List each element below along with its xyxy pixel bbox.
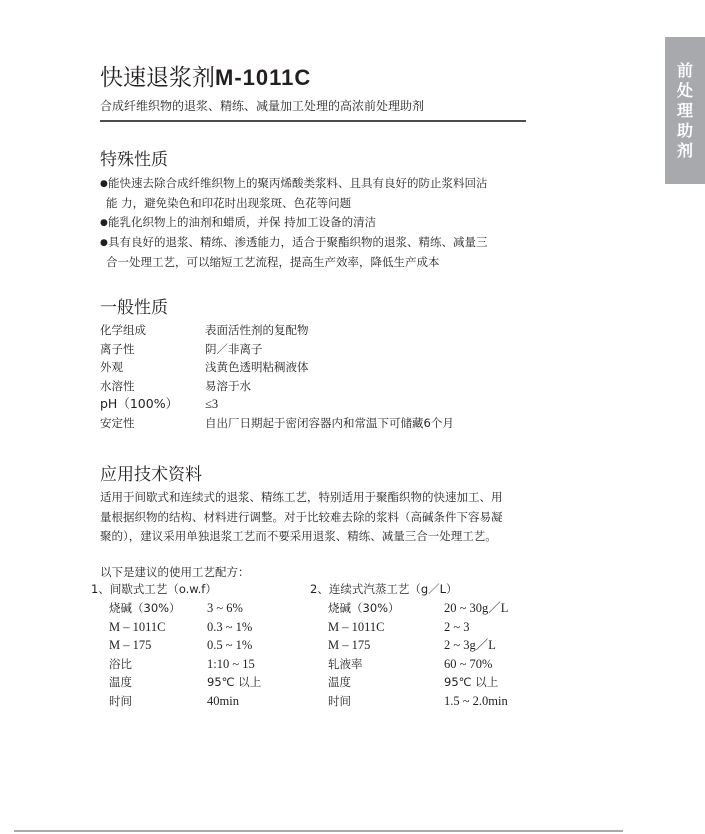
recipe-key: 温度 (328, 673, 444, 692)
feature-item: ●能快速去除合成纤维织物上的聚丙烯酸类浆料、且具有良好的防止浆料回沾 能 力，避… (100, 174, 488, 213)
property-key: 离子性 (100, 340, 205, 359)
recipe-row: 温度 95℃ 以上 (91, 673, 261, 692)
footer-divider (14, 830, 623, 832)
recipe-row: M – 1011C 0.3 ~ 1% (91, 618, 261, 637)
property-value: ≤3 (205, 395, 218, 414)
recipe-heading: 2、连续式汽蒸工艺（g／L） (310, 580, 508, 599)
feature-text: 能快速去除合成纤维织物上的聚丙烯酸类浆料、且具有良好的防止浆料回沾 (108, 176, 488, 190)
side-tab-char: 助 (677, 121, 693, 141)
property-key: pH（100%） (100, 395, 205, 414)
recipe-row: 烧碱（30%） 20 ~ 30g／L (310, 599, 508, 618)
recipe-key: 轧液率 (328, 655, 444, 674)
property-row: 化学组成 表面活性剂的复配物 (100, 321, 454, 340)
recipe-key: 烧碱（30%） (109, 599, 207, 618)
recipe-key: M – 1011C (109, 618, 207, 637)
recipe-key: 浴比 (109, 655, 207, 674)
recipe-continuous: 2、连续式汽蒸工艺（g／L） 烧碱（30%） 20 ~ 30g／L M – 10… (310, 580, 508, 711)
product-subtitle: 合成纤维织物的退浆、精练、减量加工处理的高浓前处理助剂 (100, 98, 424, 114)
property-row: pH（100%） ≤3 (100, 395, 454, 414)
category-side-tab: 前 处 理 助 剂 (665, 37, 705, 184)
recipe-key: M – 175 (109, 636, 207, 655)
feature-item: ●具有良好的退浆、精练、渗透能力，适合于聚酯织物的退浆、精练、减量三 合一处理工… (100, 233, 488, 272)
side-tab-char: 前 (677, 61, 693, 81)
paragraph-line: 适用于间歇式和连续式的退浆、精练工艺，特别适用于聚酯织物的快速加工、用 (100, 488, 503, 508)
recipe-value: 95℃ 以上 (444, 673, 498, 692)
recipe-value: 2 ~ 3 (444, 618, 470, 637)
recipe-row: 轧液率 60 ~ 70% (310, 655, 508, 674)
feature-text: 能乳化织物上的油剂和蜡质，并保 持加工设备的清洁 (108, 215, 376, 229)
product-title: 快速退浆剂M-1011C (100, 64, 311, 92)
property-value: 浅黄色透明粘稠液体 (205, 358, 309, 377)
recipe-key: 时间 (109, 692, 207, 711)
side-tab-char: 处 (677, 81, 693, 101)
bullet-icon: ● (100, 234, 108, 253)
recipe-key: 时间 (328, 692, 444, 711)
property-key: 外观 (100, 358, 205, 377)
property-key: 化学组成 (100, 321, 205, 340)
feature-item: ●能乳化织物上的油剂和蜡质，并保 持加工设备的清洁 (100, 213, 488, 233)
section-title-application: 应用技术资料 (100, 464, 202, 486)
feature-text: 具有良好的退浆、精练、渗透能力，适合于聚酯织物的退浆、精练、减量三 (108, 235, 488, 249)
property-row: 离子性 阴／非离子 (100, 340, 454, 359)
paragraph-line: 聚的），建议采用单独退浆工艺而不要采用退浆、精练、减量三合一处理工艺。 (100, 527, 503, 547)
recipe-row: 时间 1.5 ~ 2.0min (310, 692, 508, 711)
recipe-row: 烧碱（30%） 3 ~ 6% (91, 599, 261, 618)
recipe-value: 1:10 ~ 15 (207, 655, 255, 674)
product-name: 快速退浆剂 (100, 65, 215, 91)
side-tab-char: 剂 (677, 141, 693, 161)
application-paragraph: 适用于间歇式和连续式的退浆、精练工艺，特别适用于聚酯织物的快速加工、用 量根据织… (100, 488, 503, 547)
property-value: 阴／非离子 (205, 340, 263, 359)
section-title-general: 一般性质 (100, 297, 168, 319)
section-title-features: 特殊性质 (100, 149, 168, 171)
recipe-row: 时间 40min (91, 692, 261, 711)
feature-text: 能 力，避免染色和印花时出现浆斑、色花等问题 (100, 194, 488, 213)
recipe-batch: 1、间歇式工艺（o.w.f） 烧碱（30%） 3 ~ 6% M – 1011C … (91, 580, 261, 711)
recipe-row: M – 1011C 2 ~ 3 (310, 618, 508, 637)
property-value: 表面活性剂的复配物 (205, 321, 309, 340)
general-properties-table: 化学组成 表面活性剂的复配物 离子性 阴／非离子 外观 浅黄色透明粘稠液体 水溶… (100, 321, 454, 432)
recipe-key: 烧碱（30%） (328, 599, 444, 618)
recipe-value: 40min (207, 692, 239, 711)
feature-text: 合一处理工艺，可以缩短工艺流程，提高生产效率，降低生产成本 (100, 253, 488, 272)
recipe-value: 1.5 ~ 2.0min (444, 692, 508, 711)
header-divider (100, 120, 526, 122)
recipe-key: 温度 (109, 673, 207, 692)
property-row: 安定性 自出厂日期起于密闭容器内和常温下可储藏6个月 (100, 414, 454, 433)
paragraph-line: 量根据织物的结构、材料进行调整。对于比较难去除的浆料（高碱条件下容易凝 (100, 508, 503, 528)
recipe-value: 20 ~ 30g／L (444, 599, 508, 618)
recipe-key: M – 175 (328, 636, 444, 655)
recipe-heading: 1、间歇式工艺（o.w.f） (91, 580, 261, 599)
recipe-value: 0.3 ~ 1% (207, 618, 252, 637)
property-key: 水溶性 (100, 377, 205, 396)
recipe-row: M – 175 0.5 ~ 1% (91, 636, 261, 655)
recipe-value: 0.5 ~ 1% (207, 636, 252, 655)
side-tab-char: 理 (677, 101, 693, 121)
recipe-value: 60 ~ 70% (444, 655, 492, 674)
product-code: M-1011C (215, 65, 311, 90)
recipe-key: M – 1011C (328, 618, 444, 637)
recipe-row: 浴比 1:10 ~ 15 (91, 655, 261, 674)
features-list: ●能快速去除合成纤维织物上的聚丙烯酸类浆料、且具有良好的防止浆料回沾 能 力，避… (100, 174, 488, 272)
property-row: 水溶性 易溶于水 (100, 377, 454, 396)
recipe-row: M – 175 2 ~ 3g／L (310, 636, 508, 655)
bullet-icon: ● (100, 214, 108, 233)
recipe-value: 95℃ 以上 (207, 673, 261, 692)
property-row: 外观 浅黄色透明粘稠液体 (100, 358, 454, 377)
bullet-icon: ● (100, 175, 108, 194)
property-value: 自出厂日期起于密闭容器内和常温下可储藏6个月 (205, 414, 454, 433)
recipe-row: 温度 95℃ 以上 (310, 673, 508, 692)
recipe-value: 2 ~ 3g／L (444, 636, 496, 655)
property-key: 安定性 (100, 414, 205, 433)
recipe-value: 3 ~ 6% (207, 599, 243, 618)
property-value: 易溶于水 (205, 377, 251, 396)
